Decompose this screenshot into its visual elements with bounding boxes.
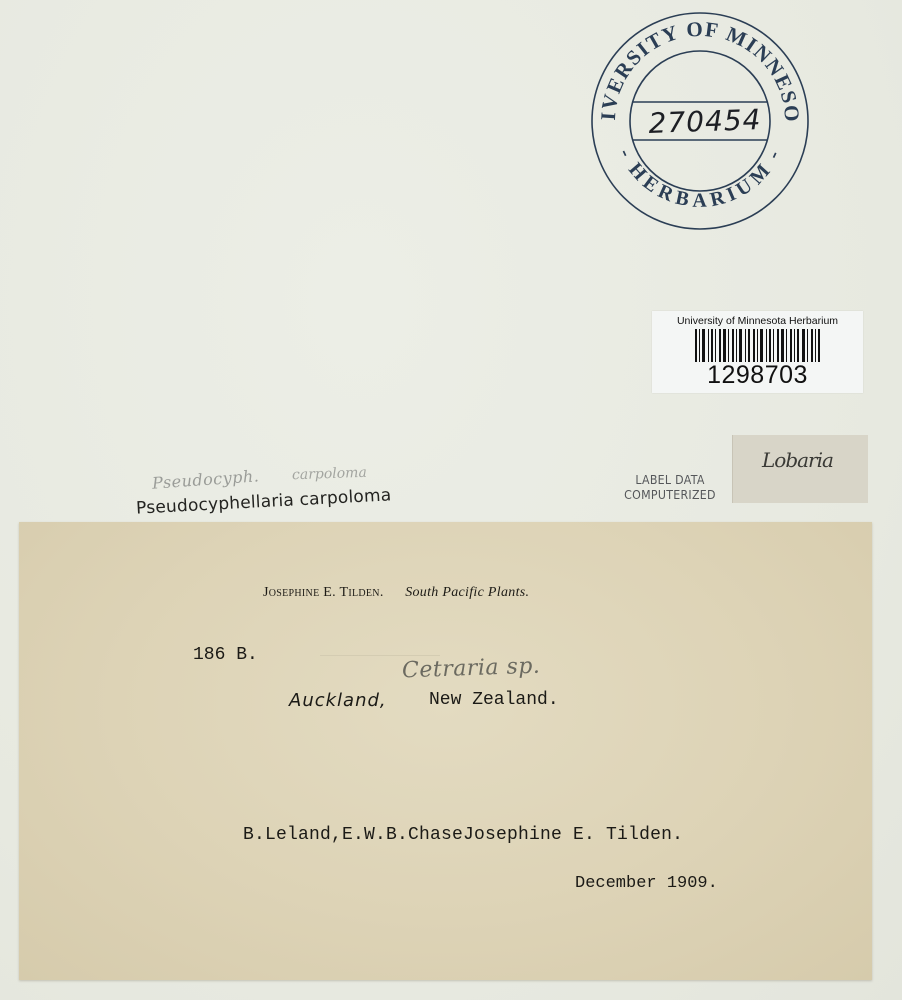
svg-text:- HERBARIUM -: - HERBARIUM - <box>614 145 785 212</box>
header-series: South Pacific Plants. <box>405 585 529 600</box>
barcode-title: University of Minnesota Herbarium <box>652 315 863 327</box>
collectors: B.Leland,E.W.B.ChaseJosephine E. Tilden. <box>243 825 683 845</box>
header-collector: Josephine E. Tilden. <box>263 585 384 600</box>
faint-annotation-epithet: carpoloma <box>292 465 367 484</box>
scrap-annotation: Lobaria <box>762 448 833 472</box>
label-data-line1: LABEL DATA <box>622 473 718 488</box>
identification-annotation: Cetraria sp. <box>402 654 541 684</box>
label-data-stamp: LABEL DATA COMPUTERIZED <box>622 473 718 503</box>
accession-number: 270454 <box>639 103 770 141</box>
locality-handwritten: Auckland, <box>289 690 387 711</box>
specimen-number: 186 B. <box>193 645 258 665</box>
collection-date: December 1909. <box>575 874 718 893</box>
locality-typed: New Zealand. <box>429 690 559 710</box>
barcode-icon <box>695 329 821 362</box>
barcode-number: 1298703 <box>652 362 863 388</box>
envelope-header: Josephine E. Tilden. South Pacific Plant… <box>263 584 529 601</box>
ghost-mark <box>320 655 440 656</box>
barcode-label: University of Minnesota Herbarium 129870… <box>652 311 863 393</box>
label-data-line2: COMPUTERIZED <box>622 488 718 503</box>
